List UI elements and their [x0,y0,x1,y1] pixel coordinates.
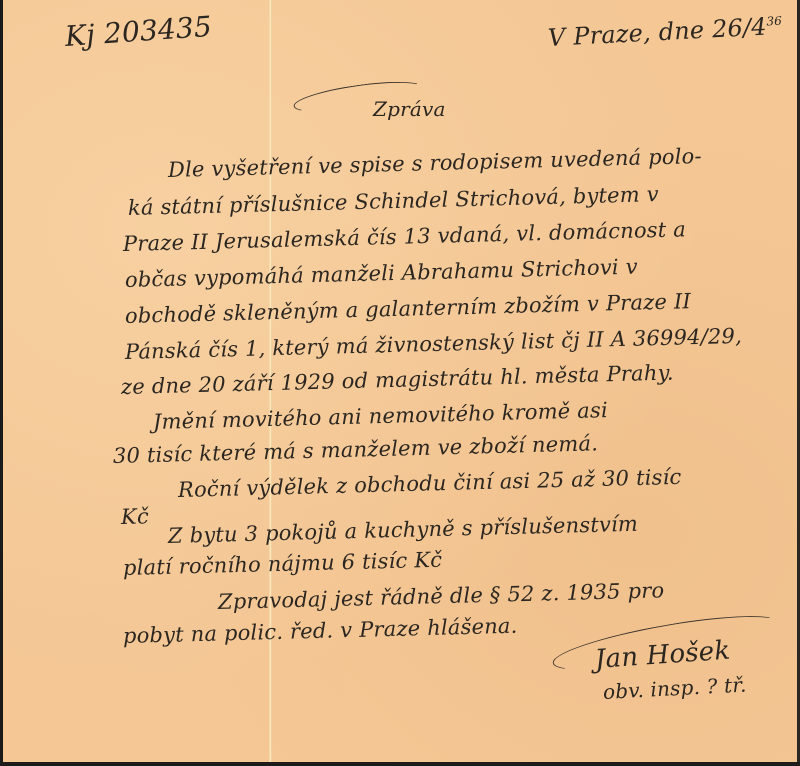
document-title: Zpráva [373,97,446,121]
body-line: obchodě skleněným a galanterním zbožím v… [125,289,692,328]
body-line: Kč [121,504,149,529]
body-line: ze dne 20 září 1929 od magistrátu hl. mě… [121,361,674,399]
body-line: Dle vyšetření ve spise s rodopisem uvede… [168,144,702,182]
body-line: Praze II Jerusalemská čís 13 vdaná, vl. … [123,217,687,256]
year-superscript: 36 [766,14,782,29]
body-line: Pánská čís 1, který má živnostenský list… [125,324,743,364]
body-line: ká státní příslušnice Schindel Strichová… [128,182,659,220]
place-and-date: V Praze, dne 26/436 [547,12,783,52]
body-line: Jmění movitého ani nemovitého kromě asi [153,398,608,434]
scan-edge-bottom [0,762,800,766]
body-line: občas vypomáhá manželi Abrahamu Strichov… [125,255,638,292]
signature-title: obv. insp. ? tř. [602,673,747,704]
body-line: 30 tisíc které má s manželem ve zboží ne… [113,431,599,468]
body-line: Roční výdělek z obchodu činí asi 25 až 3… [178,465,682,502]
document-page: Kj 203435 V Praze, dne 26/436 Zpráva Dle… [3,0,799,763]
body-line: Z bytu 3 pokojů a kuchyně s příslušenstv… [168,512,639,548]
reference-number: Kj 203435 [64,10,213,53]
body-line: Zpravodaj jest řádně dle § 52 z. 1935 pr… [218,578,665,614]
place-date-text: V Praze, dne 26/4 [547,13,767,52]
body-line: platí ročního nájmu 6 tisíc Kč [123,548,443,580]
body-line: pobyt na polic. řed. v Praze hlášena. [123,614,518,648]
